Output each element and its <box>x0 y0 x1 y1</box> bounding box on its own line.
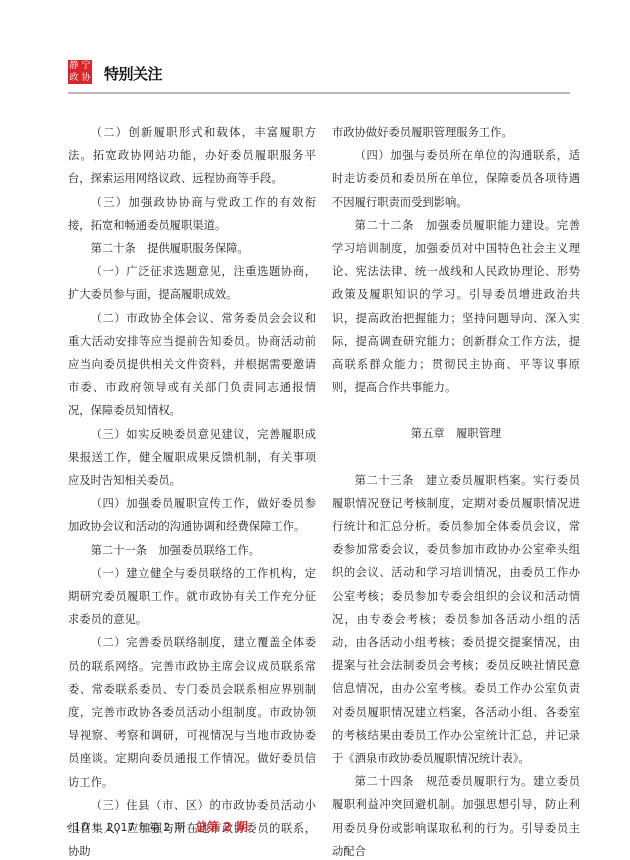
paragraph: 市政协做好委员履职管理服务工作。 <box>332 121 580 144</box>
page-footer: · 10 · 2017 年第 2 期 总第 2 期 <box>66 818 248 835</box>
section-title: 特别关注 <box>104 63 162 84</box>
header-divider <box>68 92 570 94</box>
paragraph: （四）加强与委员所在单位的沟通联系，适时走访委员和委员所在单位，保障委员各项待遇… <box>332 144 580 214</box>
logo-char: 宁 <box>80 60 92 72</box>
article-heading: 第二十一条 加强委员联络工作。 <box>68 539 316 562</box>
paragraph: （二）完善委员联络制度，建立覆盖全体委员的联系网络。完善市政协主席会议成员联系常… <box>68 631 316 793</box>
issue-label: 2017 年第 2 期 <box>107 819 185 835</box>
article-paragraph: 第二十二条 加强委员履职能力建设。完善学习培训制度，加强委员对中国特色社会主义理… <box>332 214 580 400</box>
chapter-heading: 第五章 履职管理 <box>332 422 580 445</box>
article-paragraph: 第二十四条 规范委员履职行为。建立委员履职利益冲突回避机制。加强思想引导，防止利… <box>332 770 580 860</box>
right-column: 市政协做好委员履职管理服务工作。 （四）加强与委员所在单位的沟通联系，适时走访委… <box>332 121 580 860</box>
paragraph: （二）创新履职形式和载体，丰富履职方法。拓宽政协网站功能，办好委员履职服务平台，… <box>68 121 316 191</box>
paragraph: （一）建立健全与委员联络的工作机构，定期研究委员履职工作。就市政协有关工作充分征… <box>68 562 316 632</box>
paragraph: （二）市政协全体会议、常务委员会会议和重大活动安排等应当提前告知委员。协商活动前… <box>68 307 316 423</box>
article-heading: 第二十条 提供履职服务保障。 <box>68 237 316 260</box>
paragraph: （四）加强委员履职宣传工作，做好委员参加政协会议和活动的沟通协调和经费保障工作。 <box>68 492 316 538</box>
logo-char: 静 <box>68 60 80 72</box>
magazine-logo: 静 宁 政 协 <box>68 60 92 84</box>
paragraph: （一）广泛征求选题意见，注重选题协商，扩大委员参与面，提高履职成效。 <box>68 260 316 306</box>
total-issue-label: 总第 2 期 <box>195 818 248 835</box>
logo-char: 协 <box>80 72 92 84</box>
page-number: · 10 · <box>66 820 97 834</box>
left-column: （二）创新履职形式和载体，丰富履职方法。拓宽政协网站功能，办好委员履职服务平台，… <box>68 121 316 860</box>
article-paragraph: 第二十三条 建立委员履职档案。实行委员履职情况登记考核制度，定期对委员履职情况进… <box>332 469 580 771</box>
paragraph: （三）加强政协协商与党政工作的有效衔接，拓宽和畅通委员履职渠道。 <box>68 191 316 237</box>
paragraph: （三）如实反映委员意见建议，完善履职成果报送工作，健全履职成果反馈机制，有关事项… <box>68 423 316 493</box>
logo-char: 政 <box>68 72 80 84</box>
